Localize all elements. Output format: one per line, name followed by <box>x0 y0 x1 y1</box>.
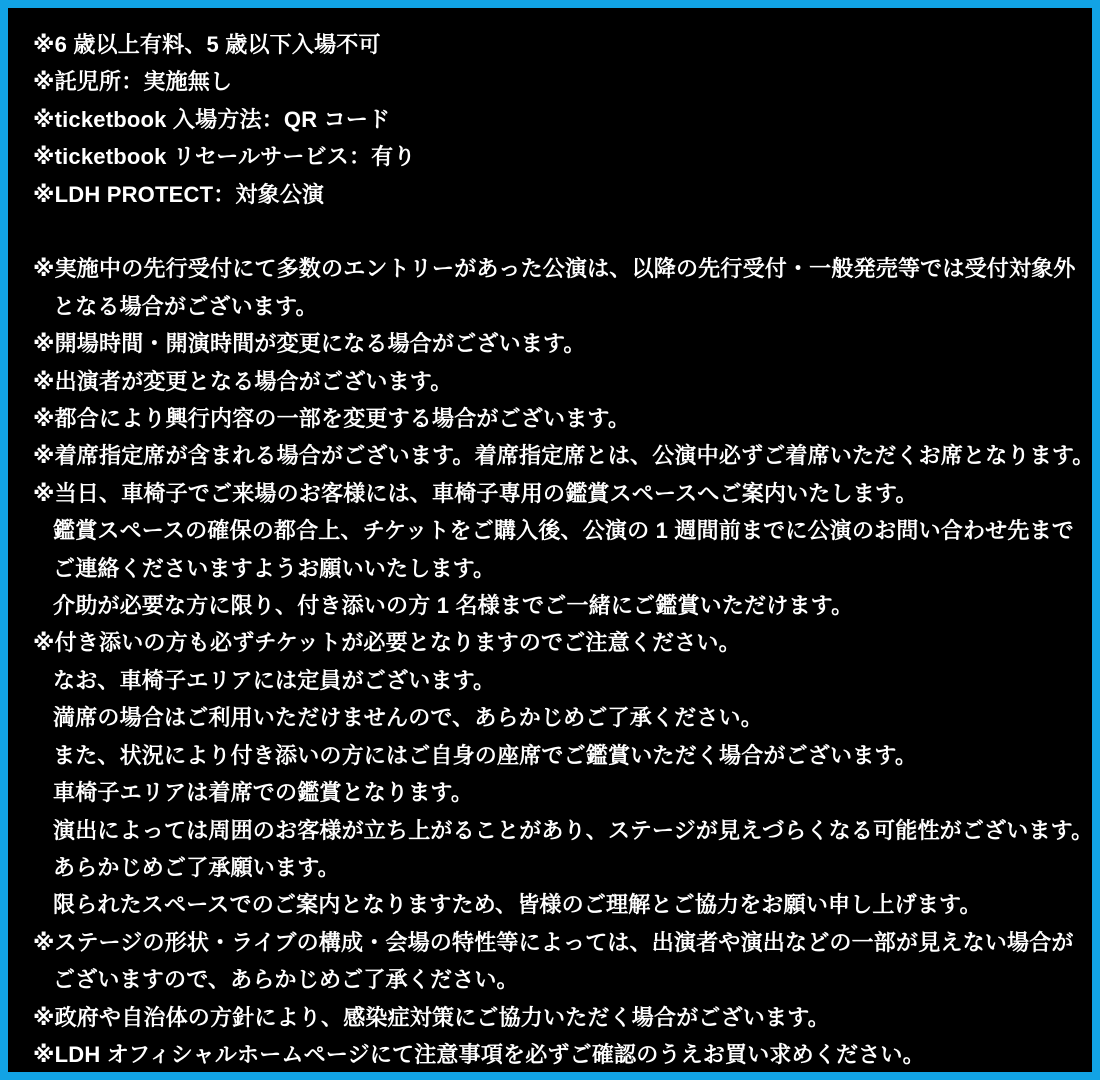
notice-line: 演出によっては周囲のお客様が立ち上がることがあり、ステージが見えづらくなる可能性… <box>33 812 1086 849</box>
notice-line: ご連絡くださいますようお願いいたします。 <box>33 550 1086 587</box>
notice-line: ※当日、車椅子でご来場のお客様には、車椅子専用の鑑賞スペースへご案内いたします。 <box>33 475 1086 512</box>
notice-line: ※ステージの形状・ライブの構成・会場の特性等によっては、出演者や演出などの一部が… <box>33 924 1086 961</box>
notice-line: ※LDH PROTECT：対象公演 <box>33 176 1086 213</box>
notice-line: ございますので、あらかじめご了承ください。 <box>33 961 1086 998</box>
notice-line: ※託児所：実施無し <box>33 63 1086 100</box>
notice-line: ※出演者が変更となる場合がございます。 <box>33 363 1086 400</box>
notice-line: ※LDH オフィシャルホームページにて注意事項を必ずご確認のうえお買い求めくださ… <box>33 1036 1086 1073</box>
notice-line: なお、車椅子エリアには定員がございます。 <box>33 662 1086 699</box>
notice-line: ※政府や自治体の方針により、感染症対策にご協力いただく場合がございます。 <box>33 999 1086 1036</box>
notice-line: また、状況により付き添いの方にはご自身の座席でご鑑賞いただく場合がございます。 <box>33 737 1086 774</box>
notice-line: 限られたスペースでのご案内となりますため、皆様のご理解とご協力をお願い申し上げま… <box>33 886 1086 923</box>
notice-line: 鑑賞スペースの確保の都合上、チケットをご購入後、公演の 1 週間前までに公演のお… <box>33 512 1086 549</box>
notice-blank-spacer <box>33 213 1086 250</box>
notice-line: ※6 歳以上有料、5 歳以下入場不可 <box>33 26 1086 63</box>
notice-line: ※着席指定席が含まれる場合がございます。着席指定席とは、公演中必ずご着席いただく… <box>33 437 1086 474</box>
notice-text-block: ※6 歳以上有料、5 歳以下入場不可※託児所：実施無し※ticketbook 入… <box>33 26 1086 1073</box>
notice-line: ※開場時間・開演時間が変更になる場合がございます。 <box>33 325 1086 362</box>
notice-line: あらかじめご了承願います。 <box>33 849 1086 886</box>
notice-line: ※都合により興行内容の一部を変更する場合がございます。 <box>33 400 1086 437</box>
notice-line: 満席の場合はご利用いただけませんので、あらかじめご了承ください。 <box>33 699 1086 736</box>
notice-line: ※ticketbook 入場方法：QR コード <box>33 101 1086 138</box>
notice-line: ※ticketbook リセールサービス：有り <box>33 138 1086 175</box>
notice-line: ※付き添いの方も必ずチケットが必要となりますのでご注意ください。 <box>33 624 1086 661</box>
notice-line: 介助が必要な方に限り、付き添いの方 1 名様までご一緒にご鑑賞いただけます。 <box>33 587 1086 624</box>
notice-line: ※実施中の先行受付にて多数のエントリーがあった公演は、以降の先行受付・一般発売等… <box>33 250 1086 287</box>
notice-panel: ※6 歳以上有料、5 歳以下入場不可※託児所：実施無し※ticketbook 入… <box>0 0 1100 1080</box>
notice-line: となる場合がございます。 <box>33 288 1086 325</box>
notice-line: 車椅子エリアは着席での鑑賞となります。 <box>33 774 1086 811</box>
